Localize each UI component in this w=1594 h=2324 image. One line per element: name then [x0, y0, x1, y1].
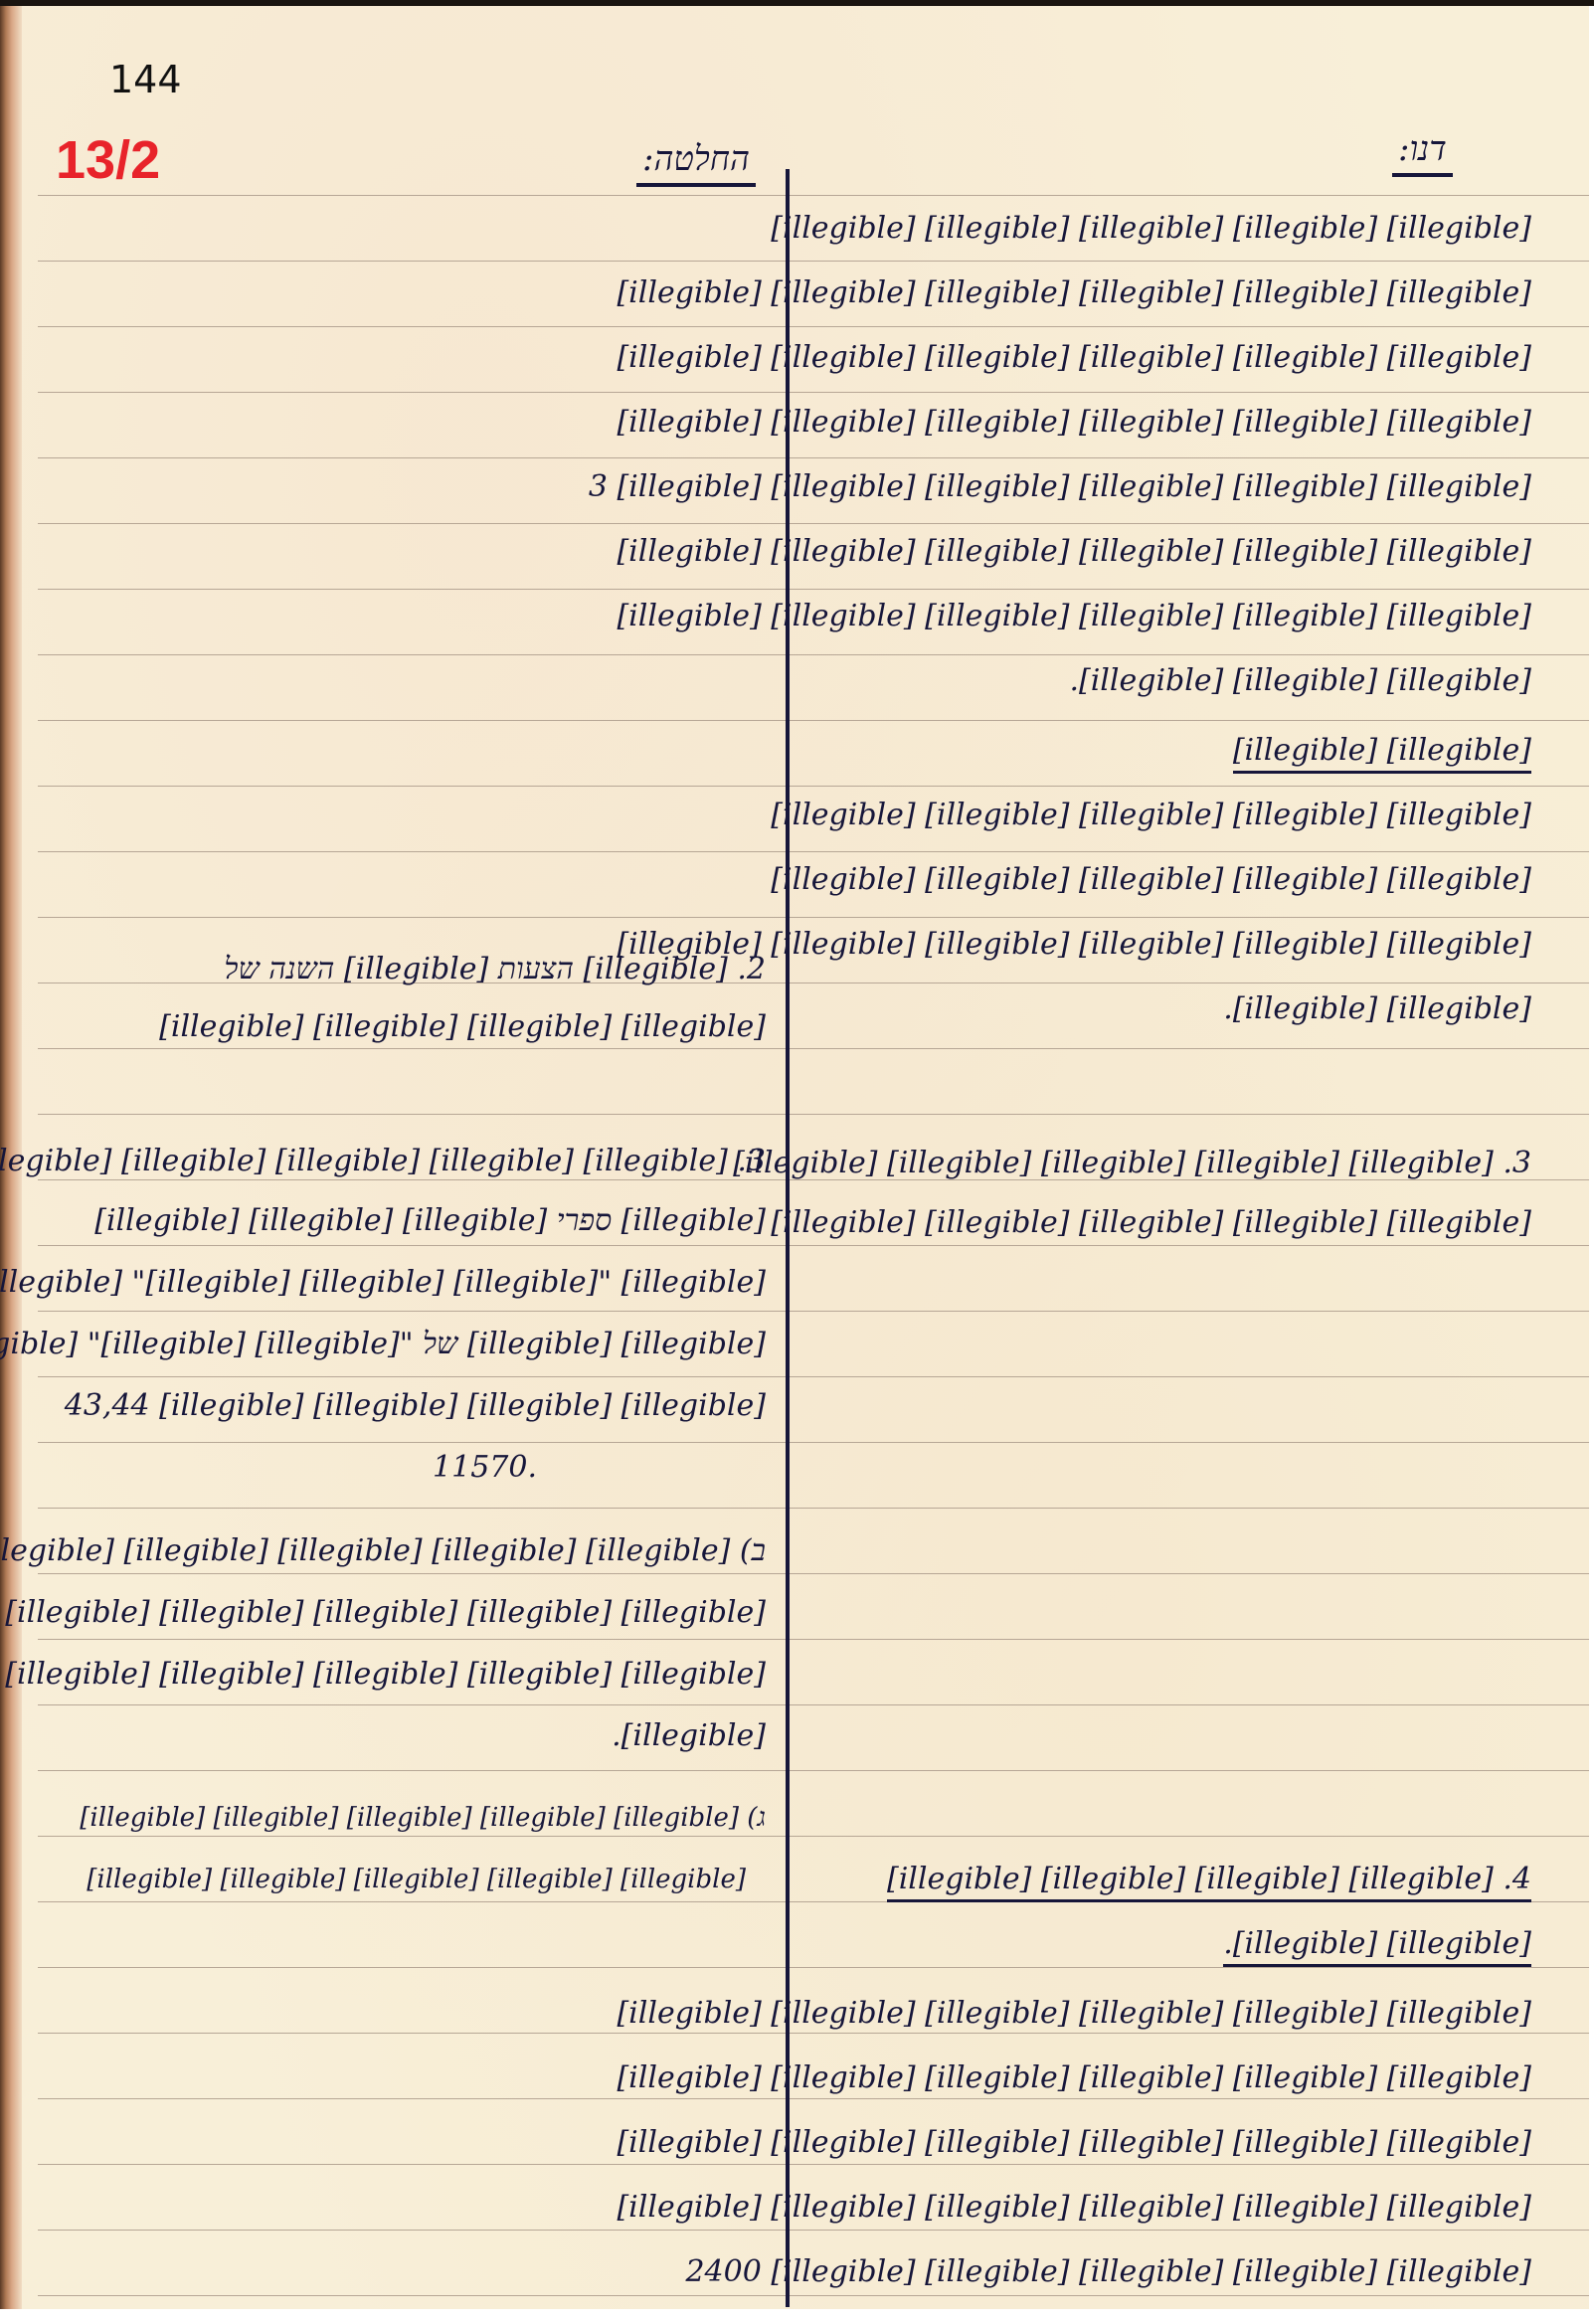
decision-3c-line-2: [illegible] [illegible] [illegible] [ill… — [87, 1860, 746, 1899]
decision-3c-line-1: ג) [illegible] [illegible] [illegible] [… — [80, 1798, 766, 1838]
ruled-line — [38, 1967, 1589, 1968]
ruled-line — [38, 1245, 1589, 1246]
discussion-p2-line-2: [illegible] [illegible] [illegible] [ill… — [771, 860, 1531, 900]
discussion-p1-line-3: [illegible] [illegible] [illegible] [ill… — [617, 338, 1531, 378]
decision-3-line-2: [illegible] ספרי [illegible] [illegible]… — [94, 1201, 766, 1241]
decision-3-line-5: [illegible] [illegible] [illegible] 43,4… — [65, 1386, 766, 1426]
ruled-line — [38, 1442, 1589, 1443]
ruled-line — [38, 2164, 1589, 2165]
discussion-item-3-line-1: 3. [illegible] [illegible] [illegible] [… — [733, 1144, 1531, 1183]
discussion-p1-line-7: [illegible] [illegible] [illegible] [ill… — [617, 597, 1531, 636]
ruled-line — [38, 2230, 1589, 2231]
decision-2-line-2: [illegible] [illegible] [illegible] [ill… — [159, 1007, 766, 1047]
discussion-p1-line-5: [illegible] [illegible] 3 [illegible] [i… — [589, 467, 1531, 507]
discussion-heading: דנו: — [1392, 129, 1453, 177]
discussion-p2-line-3: [illegible] [illegible] [illegible] [ill… — [617, 925, 1531, 965]
ruled-line — [38, 457, 1589, 458]
discussion-item-4-line-2: [illegible] [illegible] [illegible] [ill… — [617, 2058, 1531, 2098]
ruled-line — [38, 1704, 1589, 1705]
ruled-line — [38, 2295, 1589, 2296]
decision-heading: החלטה: — [636, 139, 756, 187]
ruled-line — [38, 195, 1589, 196]
ruled-line — [38, 392, 1589, 393]
discussion-item-4-subheading: [illegible] [illegible]. — [1223, 1924, 1531, 1967]
ruled-line — [38, 1573, 1589, 1574]
discussion-p1-line-2: [illegible] [illegible] [illegible] [ill… — [617, 273, 1531, 313]
ruled-line — [38, 1376, 1589, 1377]
ruled-line — [38, 1508, 1589, 1509]
ruled-line — [38, 326, 1589, 327]
ruled-line — [38, 1311, 1589, 1312]
decision-3-line-6: .11570 — [433, 1448, 537, 1488]
discussion-item-4-line-1: [illegible] [illegible] [illegible] [ill… — [617, 1994, 1531, 2034]
discussion-p2-line-4: [illegible] [illegible]. — [1223, 989, 1531, 1029]
decision-3-line-1: 3. [illegible] [illegible] [illegible] 7… — [0, 1142, 766, 1181]
decision-3b-line-3: [illegible] [illegible] [illegible] [ill… — [0, 1655, 766, 1695]
discussion-p1-line-4: [illegible] [illegible] [illegible] [ill… — [617, 403, 1531, 443]
page-number: 144 — [109, 58, 182, 101]
archive-label: 13/2 — [56, 129, 160, 191]
discussion-item-4-heading: 4. [illegible] [illegible] [illegible] [… — [887, 1860, 1531, 1902]
ruled-line — [38, 1114, 1589, 1115]
ruled-line — [38, 1639, 1589, 1640]
discussion-item-4-line-4: [illegible] [illegible] [illegible] [ill… — [617, 2188, 1531, 2228]
discussion-p2-line-1: [illegible] [illegible] [illegible] [ill… — [771, 796, 1531, 835]
discussion-p1-line-8: [illegible] [illegible] [illegible]. — [1069, 661, 1531, 701]
ruled-line — [38, 917, 1589, 918]
ruled-line — [38, 589, 1589, 590]
discussion-item-3-line-2: [illegible] [illegible] [illegible] [ill… — [771, 1203, 1531, 1243]
ruled-line — [38, 1770, 1589, 1771]
ruled-line — [38, 654, 1589, 655]
decision-3-line-3: [illegible] "[illegible] [illegible] [il… — [0, 1263, 766, 1303]
ruled-line — [38, 1048, 1589, 1049]
scan-border-bottom — [0, 2309, 1594, 2324]
ruled-line — [38, 786, 1589, 787]
decision-3b-line-4: [illegible]. — [612, 1716, 766, 1756]
ruled-line — [38, 720, 1589, 721]
decision-3b-line-1: ב) [illegible] [illegible] [illegible] [… — [0, 1531, 766, 1571]
ruled-line — [38, 523, 1589, 524]
decision-3-line-4: [illegible] [illegible] של "[illegible] … — [0, 1325, 766, 1364]
ruled-line — [38, 2098, 1589, 2099]
discussion-subheading: [illegible] [illegible] — [1233, 731, 1531, 774]
discussion-item-4-line-5: [illegible] 2400 [illegible] [illegible]… — [685, 2252, 1531, 2292]
discussion-item-4-line-3: [illegible] [illegible] [illegible] [ill… — [617, 2123, 1531, 2163]
discussion-p1-line-6: [illegible] [illegible] [illegible] [ill… — [617, 532, 1531, 572]
discussion-p1-line-1: [illegible] [illegible] [illegible] [ill… — [771, 209, 1531, 249]
ruled-line — [38, 261, 1589, 262]
decision-3b-line-2: [illegible] [illegible] [illegible] [ill… — [0, 1593, 766, 1633]
ruled-line — [38, 851, 1589, 852]
